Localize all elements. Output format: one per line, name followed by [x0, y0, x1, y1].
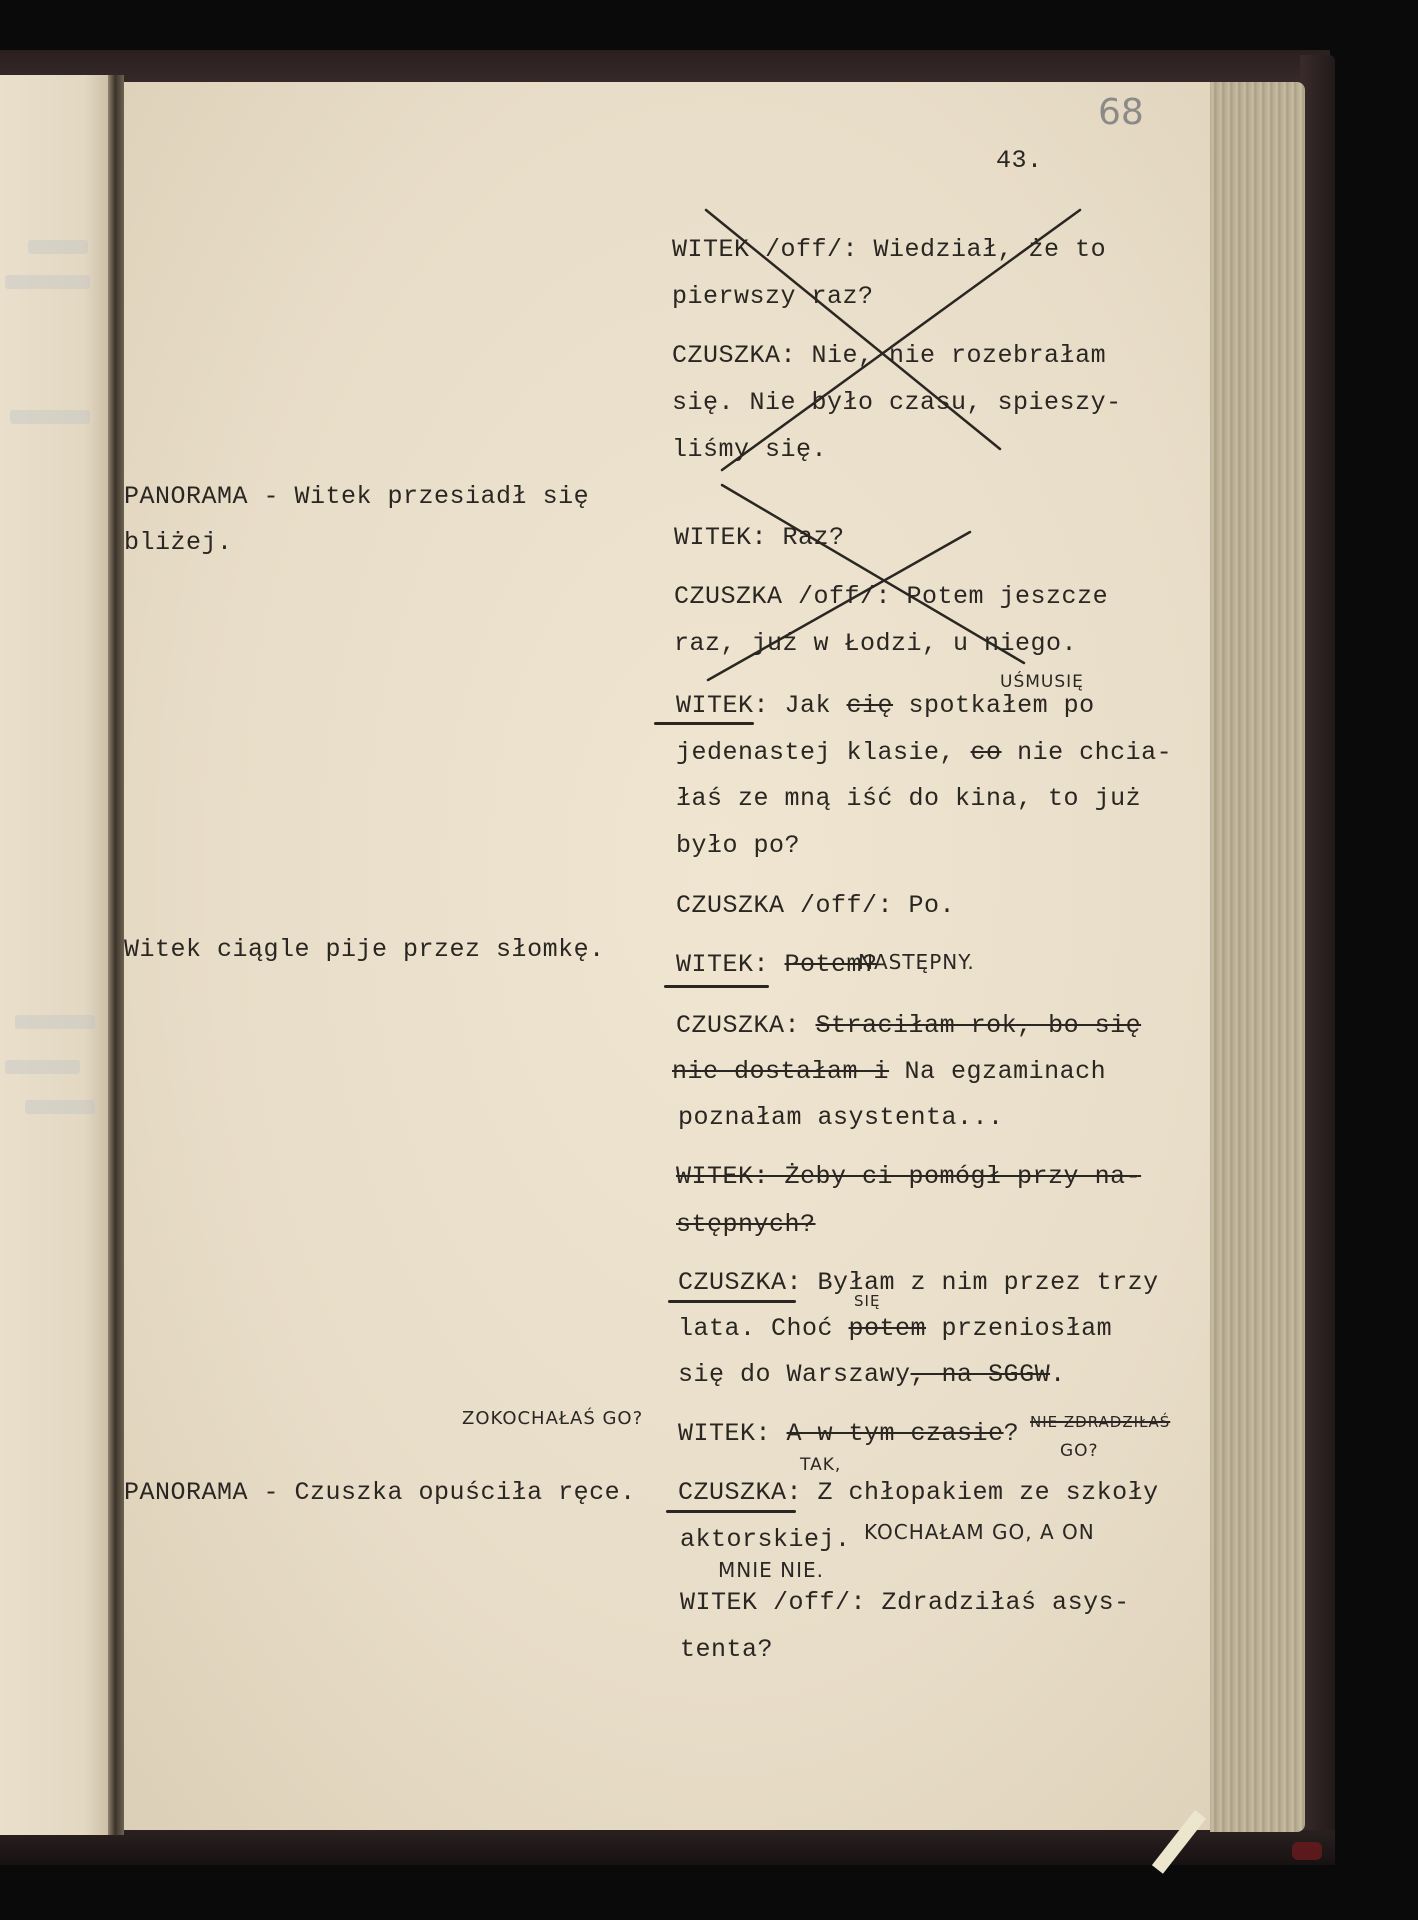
- speaker-underline: [664, 985, 769, 988]
- dialogue-d2-line2: się. Nie było czasu, spieszy-: [672, 390, 1122, 415]
- dialogue-d5-line3: łaś ze mną iść do kina, to już: [676, 786, 1141, 811]
- dialogue-d13-line1: WITEK /off/: Zdradziłaś asys-: [680, 1590, 1130, 1615]
- dialogue-d5-line2: jedenastej klasie, co nie chcia-: [676, 740, 1172, 765]
- bleed-through-text: [28, 240, 88, 254]
- handwritten-annotation-d10: SIĘ: [854, 1292, 880, 1310]
- page-gutter: [108, 75, 124, 1835]
- stage-direction-1-line2: bliżej.: [124, 530, 233, 555]
- dialogue-d3-line1: WITEK: Raz?: [674, 525, 845, 550]
- dialogue-d1-line1: WITEK /off/: Wiedział, że to: [672, 237, 1106, 262]
- bleed-through-text: [25, 1100, 95, 1114]
- stage-direction-1-line1: PANORAMA - Witek przesiadł się: [124, 484, 589, 509]
- handwritten-annotation-d12-pre: TAK,: [800, 1455, 841, 1475]
- dialogue-d5-line4: było po?: [676, 833, 800, 858]
- dialogue-d6: CZUSZKA /off/: Po.: [676, 893, 955, 918]
- dialogue-d2-line3: liśmy się.: [672, 437, 827, 462]
- bleed-through-text: [15, 1015, 95, 1029]
- dialogue-d8-line1: CZUSZKA: Straciłam rok, bo się: [676, 1013, 1141, 1038]
- dialogue-d9-line1: WITEK: Żeby ci pomógł przy na-: [676, 1164, 1141, 1189]
- speaker-underline: [654, 722, 754, 725]
- handwritten-annotation-d7: NASTĘPNY.: [858, 950, 975, 974]
- archive-page-number: 68: [1098, 92, 1144, 133]
- dialogue-d5-line1: WITEK: Jak cię spotkałem po: [676, 693, 1095, 718]
- book-cover-spine-edge: [1300, 55, 1335, 1835]
- dialogue-d1-line2: pierwszy raz?: [672, 284, 874, 309]
- left-page: [0, 75, 112, 1835]
- page-block-edges: [1210, 82, 1305, 1832]
- struck-word: co: [971, 738, 1002, 767]
- dialogue-d10-line3: się do Warszawy, na SGGW.: [678, 1362, 1066, 1387]
- dialogue-d12-line1: CZUSZKA: Z chłopakiem ze szkoły: [678, 1480, 1159, 1505]
- dialogue-d13-line2: tenta?: [680, 1637, 773, 1662]
- dialogue-d11: WITEK: A w tym czasie?: [678, 1421, 1019, 1446]
- speaker-underline: [666, 1510, 796, 1513]
- stage-direction-3: PANORAMA - Czuszka opuściła ręce.: [124, 1480, 636, 1505]
- page-number: 43.: [996, 148, 1043, 173]
- dialogue-d10-line1: CZUSZKA: Byłam z nim przez trzy: [678, 1270, 1159, 1295]
- handwritten-annotation-d12-b: MNIE NIE.: [718, 1558, 824, 1582]
- handwritten-annotation-d11-b: GO?: [1060, 1441, 1099, 1461]
- cover-corner-mark: [1292, 1842, 1322, 1860]
- struck-word: cię: [847, 691, 894, 720]
- bleed-through-text: [5, 275, 90, 289]
- book-cover-bottom: [0, 1830, 1335, 1865]
- speaker-underline: [668, 1300, 796, 1303]
- dialogue-d4-line2: raz, już w Łodzi, u niego.: [674, 631, 1077, 656]
- handwritten-annotation-d12: KOCHAŁAM GO, A ON: [864, 1520, 1095, 1544]
- handwritten-annotation-d5: UŚMUSIĘ: [1000, 672, 1084, 692]
- stage-direction-2: Witek ciągle pije przez słomkę.: [124, 937, 605, 962]
- margin-handwritten-note: ZOKOCHAŁAŚ GO?: [462, 1408, 643, 1429]
- speaker: WITEK:: [676, 691, 769, 720]
- dialogue-d8-line2: nie dostałam i Na egzaminach: [672, 1059, 1106, 1084]
- dialogue-d7: WITEK: Potem?: [676, 952, 878, 977]
- dialogue-d12-line2: aktorskiej.: [680, 1527, 851, 1552]
- bleed-through-text: [5, 1060, 80, 1074]
- dialogue-d9-line2: stępnych?: [676, 1212, 816, 1237]
- dialogue-d4-line1: CZUSZKA /off/: Potem jeszcze: [674, 584, 1108, 609]
- handwritten-annotation-d11: NIE ZDRADZIŁAŚ: [1030, 1413, 1170, 1431]
- dialogue-d2-line1: CZUSZKA: Nie, nie rozebrałam: [672, 343, 1106, 368]
- dialogue-d8-line3: poznałam asystenta...: [678, 1105, 1004, 1130]
- dialogue-d10-line2: lata. Choć potem przeniosłam: [678, 1316, 1112, 1341]
- bleed-through-text: [10, 410, 90, 424]
